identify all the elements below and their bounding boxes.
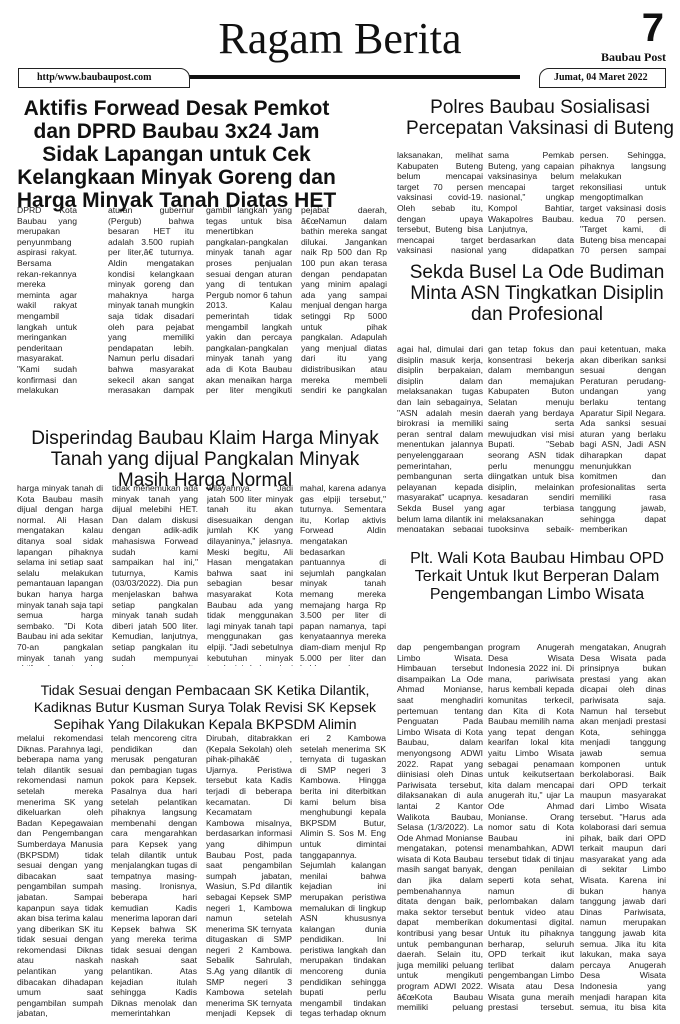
article-sekda-col-2: gan tetap fokus dan konsentrasi bekerja …	[488, 344, 574, 532]
article-forwead-col-1: DPRD Kota Baubau yang merupakan penyunmb…	[17, 205, 77, 395]
url-text[interactable]: http/www.baubaupost.com	[19, 69, 189, 87]
article-headline-forwead: Aktifis Forwead Desak Pemkot dan DPRD Ba…	[14, 97, 339, 212]
article-kadiknas-col-1: melalui rekomendasi Diknas. Parahnya lag…	[17, 733, 103, 1018]
article-polres-col-2: sama Pemkab Buteng, yang capaian vaksina…	[488, 150, 574, 255]
article-disperindag-col-3: wilayahnya. "Jadi jatah 500 liter minyak…	[207, 483, 293, 666]
section-title: Ragam Berita	[0, 14, 680, 64]
paper-name: Baubau Post	[601, 50, 666, 65]
article-kadiknas-col-4: eri 2 Kambowa setelah menerima SK ternya…	[300, 733, 386, 1018]
article-disperindag-col-2: tidak menemukan ada minyak tanah yang di…	[112, 483, 198, 666]
article-kadiknas-col-2: telah mencoreng citra pendidikan dan mer…	[111, 733, 197, 1018]
article-polres-col-3: persen. Sehingga, pihaknya langsung mela…	[580, 150, 666, 255]
article-forwead-col-3: gambil langkah yang tegas untuk bisa men…	[206, 205, 292, 395]
article-polres-col-1: laksanakan, melihat Kabupaten Buteng bel…	[397, 150, 483, 255]
article-headline-sekda: Sekda Busel La Ode Budiman Minta ASN Tin…	[397, 262, 677, 325]
article-headline-disperindag: Disperindag Baubau Klaim Harga Minyak Ta…	[30, 428, 380, 491]
article-plt-wali-col-1: dap pengembangan Limbo Wisata. Himbauan …	[397, 642, 483, 1012]
article-sekda-col-1: agai hal, dimulai dari disiplin masuk ke…	[397, 344, 483, 532]
article-kadiknas-col-3: Dirubah, ditabrakkan (Kepala Sekolah) ol…	[206, 733, 292, 1018]
url-box[interactable]: http/www.baubaupost.com	[18, 68, 190, 88]
article-plt-wali-col-3: mengatakan, Anugrah Desa Wisata pada pri…	[580, 642, 666, 1012]
article-plt-wali-col-2: program Anugerah Desa Wisata Indonesia 2…	[488, 642, 574, 1012]
article-headline-kadiknas: Tidak Sesuai dengan Pembacaan SK Ketika …	[20, 682, 390, 733]
article-sekda-col-3: paui ketentuan, maka akan diberikan sank…	[580, 344, 666, 532]
article-forwead-col-4: pejabat daerah, â€œNamun dalam bathin me…	[301, 205, 387, 395]
article-forwead-col-2: aturan gubernur (Pergub) bahwa besaran H…	[108, 205, 194, 395]
masthead-rule	[150, 75, 520, 79]
date-box: Jumat, 04 Maret 2022	[539, 68, 666, 88]
article-headline-polres: Polres Baubau Sosialisasi Percepatan Vak…	[400, 97, 680, 139]
article-headline-plt-wali: Plt. Wali Kota Baubau Himbau OPD Terkait…	[397, 550, 677, 604]
article-disperindag-col-1: harga minyak tanah di Kota Baubau masih …	[17, 483, 103, 666]
page-number: 7	[642, 6, 664, 50]
date-text: Jumat, 04 Maret 2022	[540, 69, 665, 87]
article-disperindag-col-4: mahal, karena adanya gas elpiji tersebut…	[300, 483, 386, 666]
